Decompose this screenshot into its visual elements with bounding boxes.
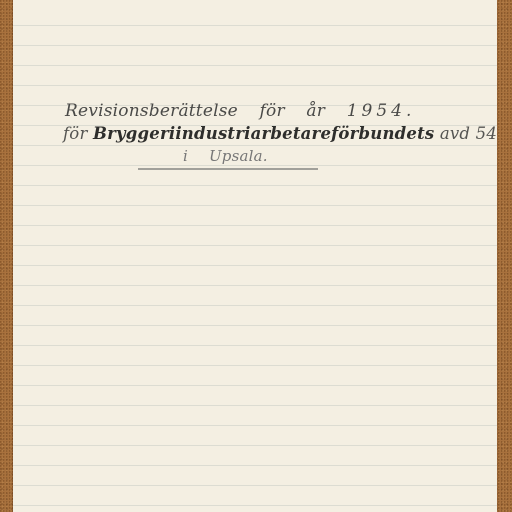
title-line: Revisionsberättelse för år 1954. (65, 101, 415, 121)
location-line: i Upsala. (183, 147, 268, 165)
title-year: 1954. (347, 101, 416, 121)
title-word: Revisionsberättelse (65, 101, 238, 121)
title-word: för (260, 101, 285, 121)
organization-line: för Bryggeriindustriarbetareförbundets a… (63, 124, 497, 143)
location-word: i (183, 147, 188, 165)
org-branch: avd 54 (440, 124, 497, 143)
location-city: Upsala. (209, 147, 268, 165)
lined-paper-sheet: Revisionsberättelse för år 1954. för Bry… (13, 0, 497, 512)
title-word: år (306, 101, 325, 121)
heading-underline (138, 168, 318, 170)
org-prefix: för (63, 124, 88, 143)
org-name: Bryggeriindustriarbetareförbundets (93, 124, 434, 143)
